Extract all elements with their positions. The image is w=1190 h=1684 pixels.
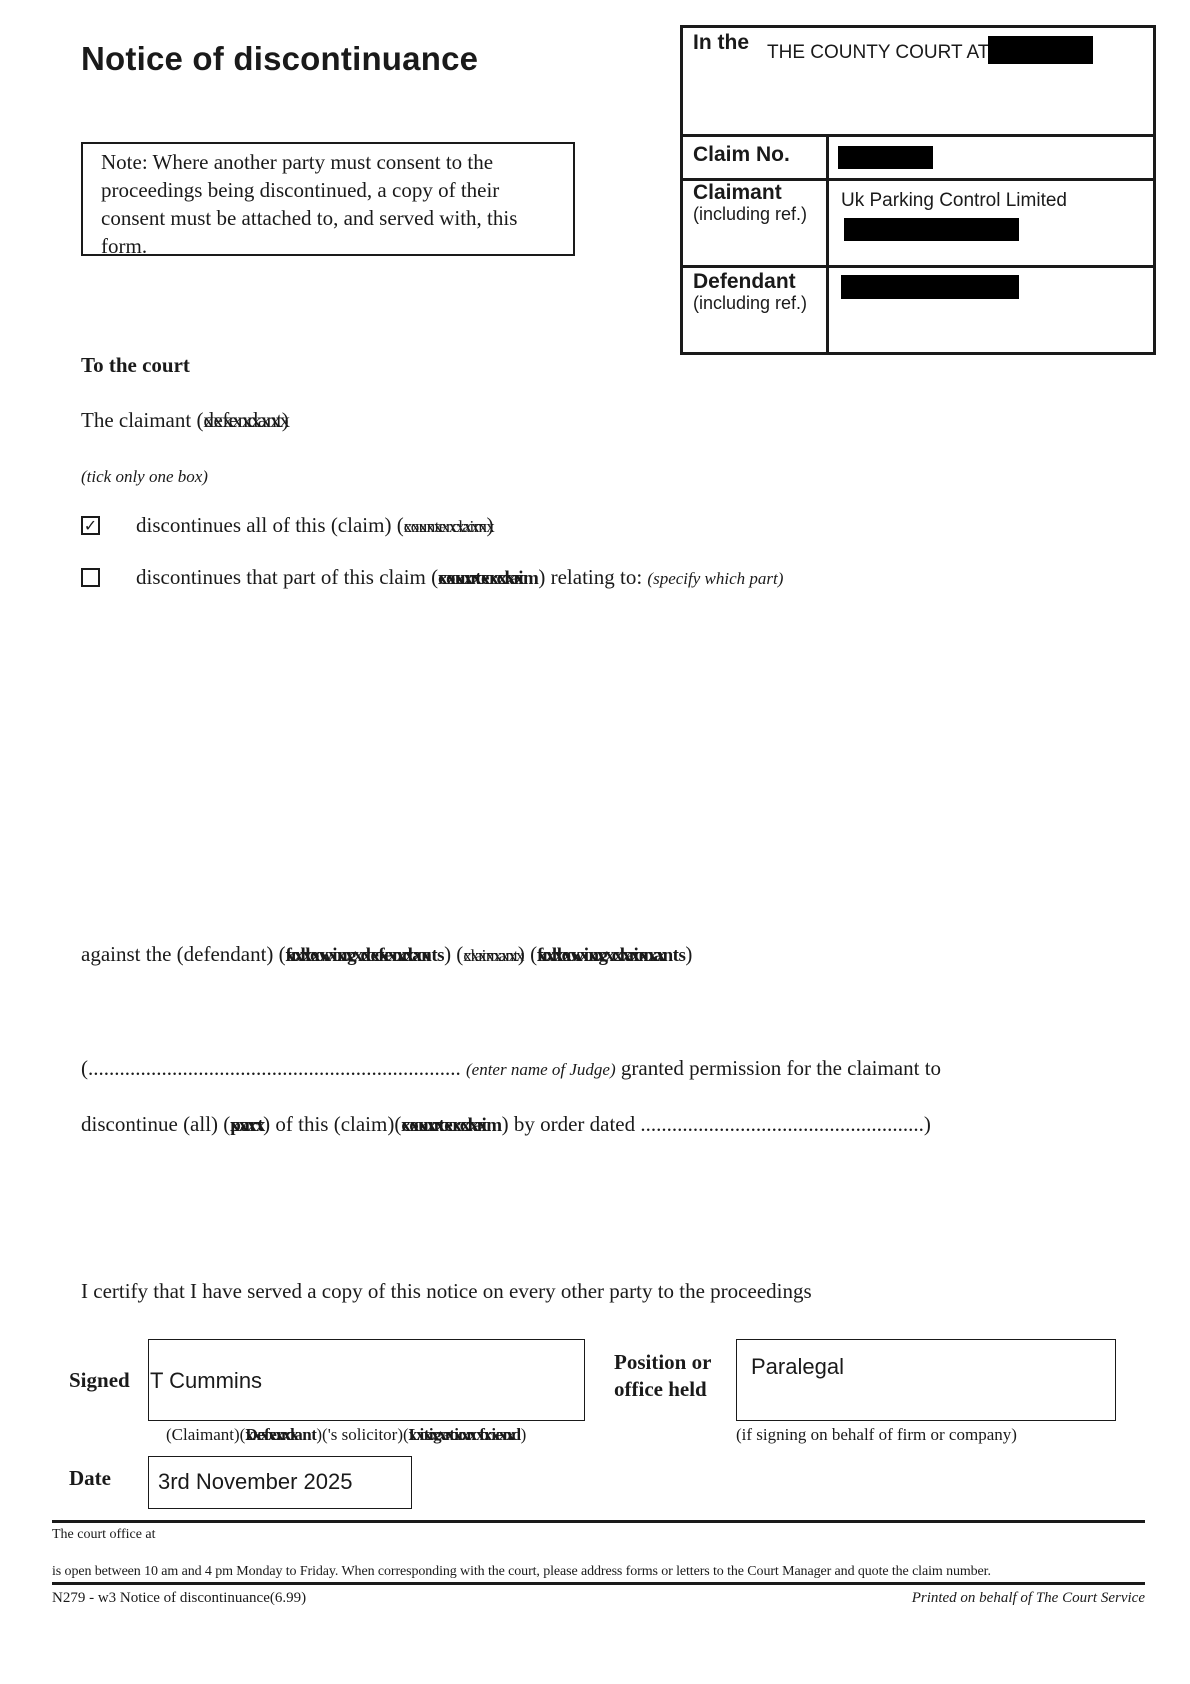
judge-hint: (enter name of Judge): [466, 1060, 616, 1079]
strike-overlay: xxxxxxxxxxxxxx: [409, 1425, 514, 1445]
page-title: Notice of discontinuance: [81, 40, 478, 78]
claimant-label-group: Claimant (including ref.): [693, 182, 807, 224]
struck-following-defendants: following defendantsxxxxxxxxxxxxxxxxx: [286, 945, 444, 967]
strike-overlay: xxxxxxxx: [463, 946, 523, 966]
defendant-label-group: Defendant (including ref.): [693, 271, 807, 313]
claimant-label: Claimant: [693, 181, 782, 204]
specify-part-area[interactable]: [136, 610, 1096, 930]
discontinue-part-checkbox[interactable]: [81, 568, 100, 587]
in-the-label: In the: [693, 32, 749, 54]
column-divider: [826, 134, 829, 178]
date-value: 3rd November 2025: [158, 1469, 352, 1494]
paren-close: ): [685, 942, 692, 966]
discontinue-all-checkbox[interactable]: ✓: [81, 516, 100, 535]
strike-overlay: xxxx: [230, 1115, 264, 1137]
strike-overlay: xxxxxxxxxxxxxxx: [537, 945, 665, 967]
option-text: discontinues that part of this claim (: [136, 565, 438, 589]
strike-overlay: xxxxxxxxx: [203, 408, 289, 433]
option-discontinue-all: discontinues all of this (claim) (counte…: [136, 513, 493, 538]
consent-note-text: Note: Where another party must consent t…: [101, 150, 517, 258]
strike-overlay: xxxxxxx: [245, 1425, 298, 1445]
claimant-ref-redaction: [844, 218, 1019, 241]
struck-counterclaim: counterclaimxxxxxxxxxxxx: [404, 517, 487, 537]
printed-by: Printed on behalf of The Court Service: [912, 1590, 1145, 1607]
claim-no-row: Claim No.: [683, 134, 1153, 181]
order-dated-blank[interactable]: ) by order dated .......................…: [502, 1112, 931, 1136]
signed-label: Signed: [69, 1368, 130, 1393]
defendant-redaction: [841, 275, 1019, 299]
column-divider: [826, 178, 829, 265]
court-office-text: The court office at: [52, 1527, 156, 1543]
footer-divider: [52, 1520, 1145, 1523]
judge-name-blank[interactable]: (.......................................…: [81, 1056, 461, 1080]
struck-counterclaim: counterclaimxxxxxxxxxx: [438, 568, 538, 590]
to-the-court-heading: To the court: [81, 353, 190, 378]
tick-instruction: (tick only one box): [81, 467, 208, 487]
checkmark-icon: ✓: [84, 516, 97, 535]
opening-hours-text: is open between 10 am and 4 pm Monday to…: [52, 1564, 991, 1580]
footer-divider: [52, 1582, 1145, 1585]
form-reference: N279 - w3 Notice of discontinuance(6.99): [52, 1590, 306, 1607]
option-discontinue-part: discontinues that part of this claim (co…: [136, 565, 783, 590]
strike-overlay: xxxxxxxxxxxxxxxxx: [286, 945, 431, 967]
court-details-box: In the THE COUNTY COURT AT Claim No. Cla…: [680, 25, 1156, 355]
struck-counterclaim: counterclaimxxxxxxxxxx: [401, 1115, 501, 1137]
defendant-label: Defendant: [693, 270, 796, 293]
signed-caption: (Claimant)(Defendantxxxxxxx)('s solicito…: [166, 1425, 526, 1445]
court-name-redaction: [988, 36, 1093, 64]
claimant-sub-label: (including ref.): [693, 204, 807, 224]
claimant-name: Uk Parking Control Limited: [841, 190, 1067, 212]
order-dated-line: discontinue (all) (partxxxx) of this (cl…: [81, 1112, 931, 1137]
strike-overlay: xxxxxxxxxx: [401, 1115, 486, 1137]
claimant-row: Claimant (including ref.) Uk Parking Con…: [683, 178, 1153, 268]
defendant-sub-label: (including ref.): [693, 293, 807, 313]
judge-permission-line: (.......................................…: [81, 1056, 941, 1081]
position-label-line2: office held: [614, 1376, 711, 1403]
strike-overlay: xxxxxxxxxxxx: [404, 517, 494, 537]
date-field[interactable]: 3rd November 2025: [148, 1456, 412, 1509]
option-tail: relating to:: [545, 565, 647, 589]
struck-litigation-friend: Litigation friendxxxxxxxxxxxxxx: [409, 1425, 521, 1445]
struck-claimant: claimantxxxxxxxx: [463, 946, 518, 966]
date-label: Date: [69, 1466, 111, 1491]
struck-defendant: Defendantxxxxxxx: [245, 1425, 316, 1445]
against-mid: ) (: [444, 942, 463, 966]
caption-text: (Claimant)(: [166, 1425, 245, 1444]
defendant-row: Defendant (including ref.): [683, 265, 1153, 352]
order-mid: ) of this (claim)(: [263, 1112, 401, 1136]
caption-text: )('s solicitor)(: [316, 1425, 408, 1444]
position-label-line1: Position or: [614, 1349, 711, 1376]
claimant-party-line: The claimant (defendantxxxxxxxxx): [81, 408, 289, 433]
certify-statement: I certify that I have served a copy of t…: [81, 1279, 812, 1304]
struck-defendant: defendantxxxxxxxxx: [203, 408, 281, 433]
claim-no-redaction: [838, 146, 933, 169]
claim-no-label: Claim No.: [693, 144, 790, 166]
option-text: discontinues all of this (claim) (: [136, 513, 404, 537]
against-pre: against the (defendant) (: [81, 942, 286, 966]
consent-note-box: Note: Where another party must consent t…: [81, 142, 575, 256]
signed-field[interactable]: T Cummins: [148, 1339, 585, 1421]
against-line: against the (defendant) (following defen…: [81, 942, 692, 967]
position-caption: (if signing on behalf of firm or company…: [736, 1425, 1017, 1445]
judge-post: granted permission for the claimant to: [616, 1056, 941, 1080]
claimant-line-text: The claimant (: [81, 408, 203, 432]
signed-value: T Cummins: [150, 1368, 262, 1393]
strike-overlay: xxxxxxxxxx: [438, 568, 523, 590]
position-label: Position or office held: [614, 1349, 711, 1403]
caption-text: ): [521, 1425, 527, 1444]
struck-following-claimants: following claimantsxxxxxxxxxxxxxxx: [537, 945, 685, 967]
struck-part: partxxxx: [230, 1115, 263, 1137]
order-pre: discontinue (all) (: [81, 1112, 230, 1136]
position-field[interactable]: Paralegal: [736, 1339, 1116, 1421]
position-value: Paralegal: [751, 1354, 844, 1379]
column-divider: [826, 265, 829, 352]
court-row: In the THE COUNTY COURT AT: [683, 28, 1153, 137]
court-name: THE COUNTY COURT AT: [767, 42, 989, 64]
specify-hint: (specify which part): [647, 569, 783, 588]
